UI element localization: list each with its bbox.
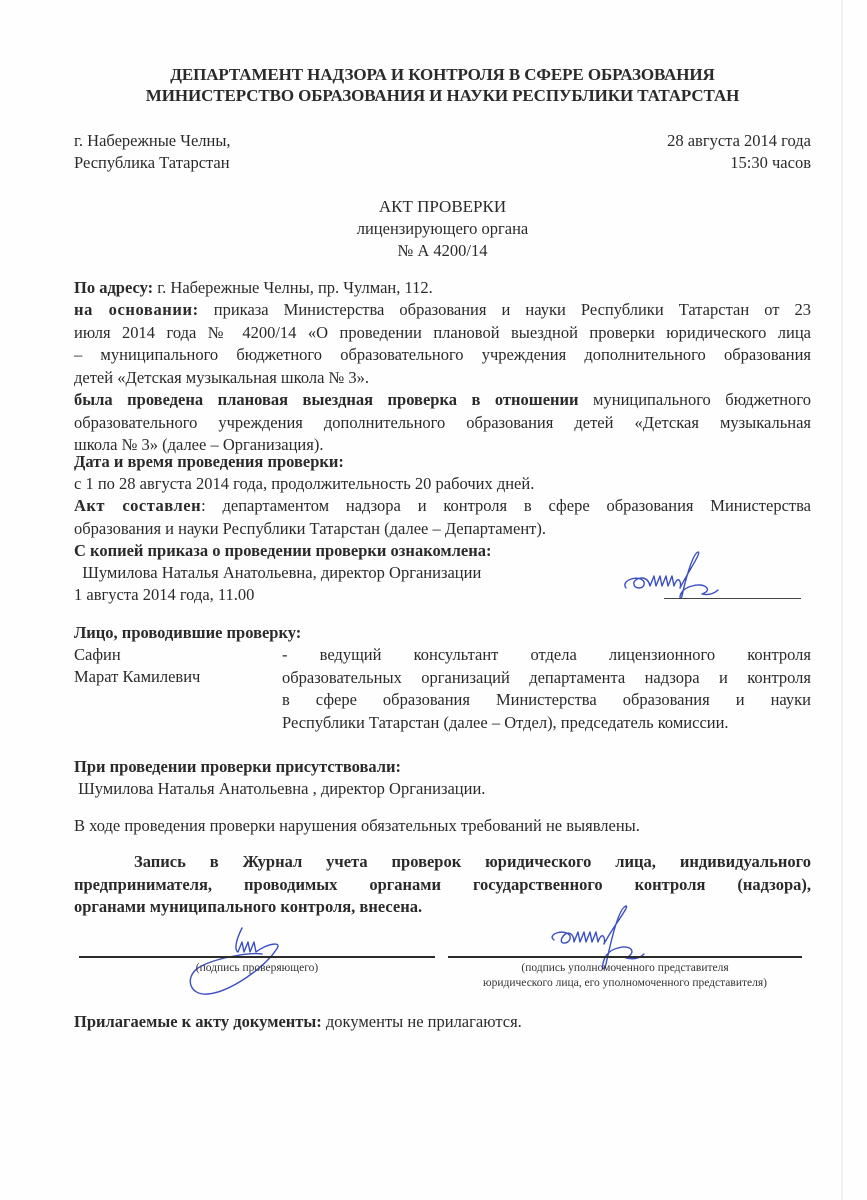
inspector-role-line-2: образовательных организаций департамента… (282, 667, 811, 690)
inspection-text-1: муниципального бюджетного (579, 390, 811, 409)
journal-line-1: Запись в Журнал учета проверок юридическ… (74, 851, 811, 874)
inspection-line-2: образовательного учреждения дополнительн… (74, 412, 811, 435)
signature-line-director (664, 598, 801, 599)
journal-line-2: предпринимателя, проводимых органами гос… (74, 874, 811, 897)
act-subtitle: лицензирующего органа (74, 218, 811, 241)
signature-line-representative (448, 956, 802, 958)
inspection-block: была проведена плановая выездная проверк… (74, 389, 811, 457)
compiled-text-1: : департаментом надзора и контроля в сфе… (201, 496, 811, 515)
journal-block: Запись в Журнал учета проверок юридическ… (74, 851, 811, 919)
act-date: 28 августа 2014 года (667, 130, 811, 153)
signature-line-inspector (79, 956, 435, 958)
compiled-line-2: образования и науки Республики Татарстан… (74, 518, 811, 541)
representative-caption-2: юридического лица, его уполномоченного п… (448, 976, 802, 991)
inspector-role-line-1: - ведущий консультант отдела лицензионно… (282, 644, 811, 667)
period-value: с 1 по 28 августа 2014 года, продолжител… (74, 473, 534, 496)
compiled-label: Акт составлен (74, 496, 201, 515)
journal-line-3: органами муниципального контроля, внесен… (74, 896, 811, 919)
basis-text-1: приказа Министерства образования и науки… (199, 300, 811, 319)
period-label: Дата и время проведения проверки: (74, 451, 344, 474)
present-label: При проведении проверки присутствовали: (74, 756, 401, 779)
basis-line-2: июля 2014 года № 4200/14 «О проведении п… (74, 322, 811, 345)
header-ministry: МИНИСТЕРСТВО ОБРАЗОВАНИЯ И НАУКИ РЕСПУБЛ… (74, 86, 811, 106)
acquainted-date: 1 августа 2014 года, 11.00 (74, 584, 254, 607)
inspector-role-line-3: в сфере образования Министерства образов… (282, 689, 811, 712)
act-title: АКТ ПРОВЕРКИ (74, 196, 811, 219)
act-time: 15:30 часов (730, 152, 811, 175)
compiled-line-1: Акт составлен: департаментом надзора и к… (74, 495, 811, 518)
place-city: г. Набережные Челны, (74, 130, 231, 153)
place-region: Республика Татарстан (74, 152, 230, 175)
inspector-role-line-4: Республики Татарстан (далее – Отдел), пр… (282, 712, 811, 735)
basis-line-1: на основании: приказа Министерства образ… (74, 299, 811, 322)
inspection-label: была проведена плановая выездная проверк… (74, 390, 579, 409)
present-value: Шумилова Наталья Анатольевна , директор … (74, 778, 485, 801)
result-text: В ходе проведения проверки нарушения обя… (74, 815, 640, 838)
address-label: По адресу: (74, 278, 153, 297)
inspection-line-1: была проведена плановая выездная проверк… (74, 389, 811, 412)
representative-caption-1: (подпись уполномоченного представителя (448, 961, 802, 976)
inspector-caption: (подпись проверяющего) (79, 961, 435, 976)
scan-edge (841, 0, 843, 1200)
basis-label: на основании: (74, 300, 199, 319)
acquainted-label: С копией приказа о проведении проверки о… (74, 540, 492, 563)
attachments-row: Прилагаемые к акту документы: документы … (74, 1011, 522, 1034)
basis-block: на основании: приказа Министерства образ… (74, 299, 811, 389)
inspector-role-block: - ведущий консультант отдела лицензионно… (282, 644, 811, 734)
attachments-value: документы не прилагаются. (322, 1012, 522, 1031)
inspectors-label: Лицо, проводившие проверку: (74, 622, 301, 645)
attachments-label: Прилагаемые к акту документы: (74, 1012, 322, 1031)
basis-line-4: детей «Детская музыкальная школа № 3». (74, 367, 811, 390)
compiled-block: Акт составлен: департаментом надзора и к… (74, 495, 811, 540)
inspector-name: Марат Камилевич (74, 666, 200, 689)
basis-line-3: – муниципального бюджетного образователь… (74, 344, 811, 367)
document-page: ДЕПАРТАМЕНТ НАДЗОРА И КОНТРОЛЯ В СФЕРЕ О… (0, 0, 867, 1200)
acquainted-person: Шумилова Наталья Анатольевна, директор О… (74, 562, 481, 585)
act-number: № А 4200/14 (74, 240, 811, 263)
address-value: г. Набережные Челны, пр. Чулман, 112. (153, 278, 433, 297)
header-department: ДЕПАРТАМЕНТ НАДЗОРА И КОНТРОЛЯ В СФЕРЕ О… (74, 65, 811, 85)
address-row: По адресу: г. Набережные Челны, пр. Чулм… (74, 277, 433, 300)
inspector-surname: Сафин (74, 644, 121, 667)
